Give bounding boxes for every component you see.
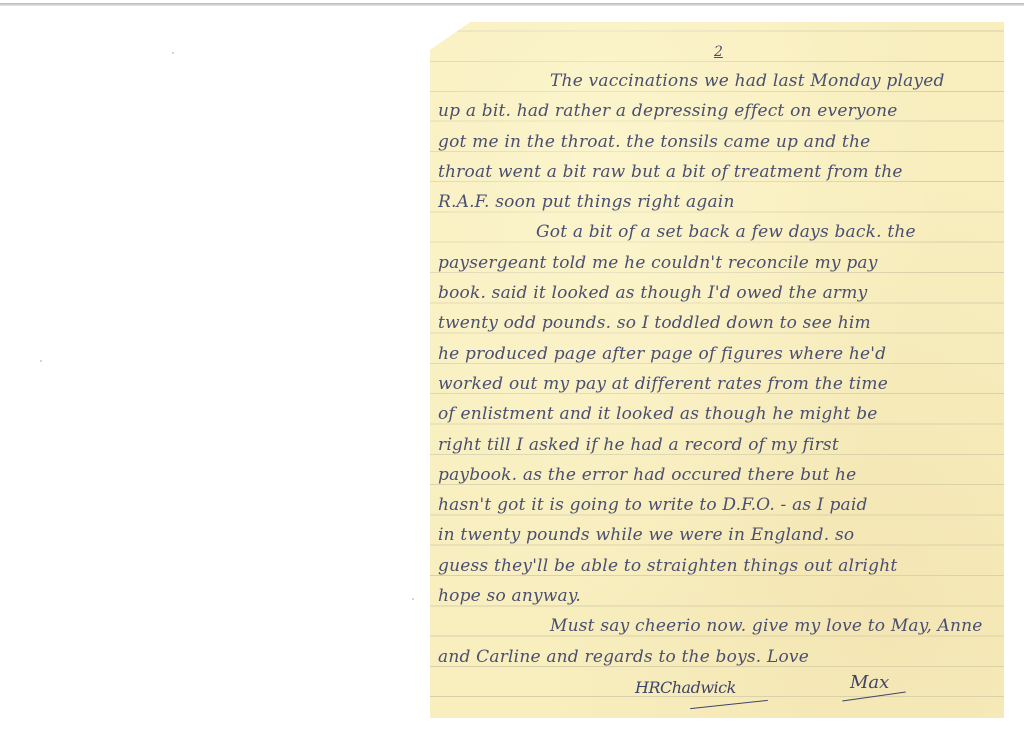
letter-line: hasn't got it is going to write to D.F.O… [438, 490, 994, 520]
letter-line: The vaccinations we had last Monday play… [438, 66, 994, 96]
censor-signature: HRChadwick [635, 678, 736, 697]
signature-row: HRChadwick Max [430, 674, 1004, 714]
dust-speck [412, 598, 414, 600]
signature-underline [690, 700, 768, 709]
letter-line: he produced page after page of figures w… [438, 339, 994, 369]
signature-underline [842, 692, 906, 702]
scan-edge [0, 3, 1024, 6]
letter-line: book. said it looked as though I'd owed … [438, 278, 994, 308]
dust-speck [172, 52, 174, 54]
sign-off-name: Max [850, 672, 889, 693]
dust-speck [40, 360, 42, 362]
page-number: 2 [714, 44, 723, 60]
letter-line: paysergeant told me he couldn't reconcil… [438, 248, 994, 278]
letter-line: and Carline and regards to the boys. Lov… [438, 642, 994, 672]
letter-line: got me in the throat. the tonsils came u… [438, 127, 994, 157]
letter-page: 2 The vaccinations we had last Monday pl… [430, 22, 1004, 718]
letter-line: Got a bit of a set back a few days back.… [438, 217, 994, 247]
letter-line: R.A.F. soon put things right again [438, 187, 994, 217]
letter-line: worked out my pay at different rates fro… [438, 369, 994, 399]
letter-line: up a bit. had rather a depressing effect… [438, 96, 994, 126]
letter-line: hope so anyway. [438, 581, 994, 611]
letter-line: in twenty pounds while we were in Englan… [438, 520, 994, 550]
letter-line: of enlistment and it looked as though he… [438, 399, 994, 429]
letter-line: guess they'll be able to straighten thin… [438, 551, 994, 581]
letter-body: The vaccinations we had last Monday play… [438, 66, 994, 672]
letter-line: right till I asked if he had a record of… [438, 430, 994, 460]
letter-line: twenty odd pounds. so I toddled down to … [438, 308, 994, 338]
letter-line: Must say cheerio now. give my love to Ma… [438, 611, 994, 641]
letter-line: paybook. as the error had occured there … [438, 460, 994, 490]
letter-line: throat went a bit raw but a bit of treat… [438, 157, 994, 187]
